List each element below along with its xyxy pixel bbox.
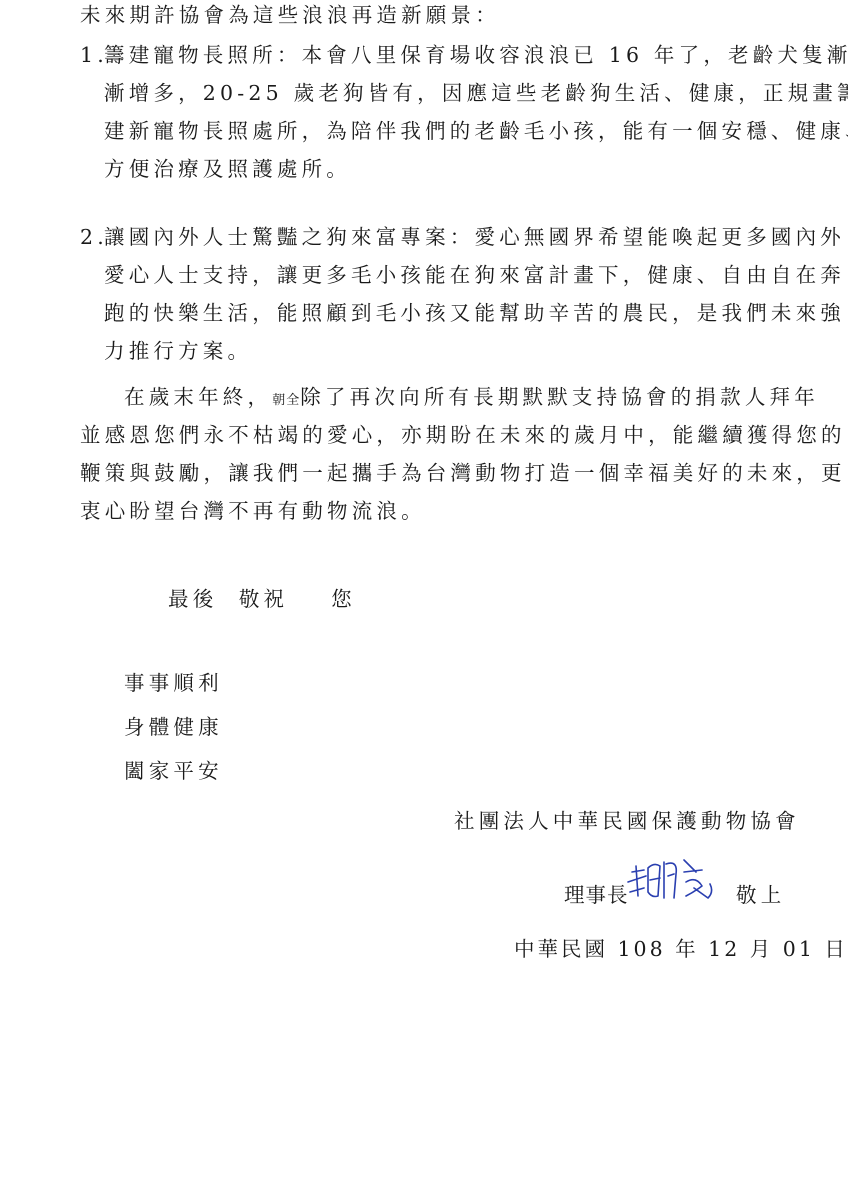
- item-2-line-3: 跑的快樂生活，能照顧到毛小孩又能幫助辛苦的農民，是我們未來強: [104, 298, 845, 328]
- wish-2: 身體健康: [124, 712, 223, 742]
- chairman-title: 理事長: [564, 880, 629, 910]
- closing-line-1-small: 朝全: [272, 393, 300, 408]
- intro-text: 未來期許協會為這些浪浪再造新願景：: [80, 0, 500, 30]
- handwritten-signature-icon: [624, 852, 724, 912]
- item-1-line-2: 漸增多，20-25 歲老狗皆有，因應這些老齡狗生活、健康，正規畫籌: [104, 78, 848, 108]
- wish-1: 事事順利: [124, 668, 223, 698]
- closing-line-1-post: 除了再次向所有長期默默支持協會的捐款人拜年: [300, 385, 819, 409]
- closing-line-2: 並感恩您們永不枯竭的愛心，亦期盼在未來的歲月中，能繼續獲得您的: [80, 420, 846, 450]
- closing-word: 敬上: [736, 880, 785, 910]
- item-1-line-4: 方便治療及照護處所。: [104, 154, 351, 184]
- item-2-line-2: 愛心人士支持，讓更多毛小孩能在狗來富計畫下，健康、自由自在奔: [104, 260, 845, 290]
- organization-name: 社團法人中華民國保護動物協會: [454, 806, 800, 836]
- item-1-line-3: 建新寵物長照處所，為陪伴我們的老齡毛小孩，能有一個安穩、健康、: [104, 116, 848, 146]
- date-line: 中華民國 108 年 12 月 01 日: [514, 934, 848, 964]
- closing-line-4: 衷心盼望台灣不再有動物流浪。: [80, 496, 426, 526]
- salutation: 最後 敬祝 您: [168, 584, 356, 614]
- closing-line-1: 在歲末年終，朝全除了再次向所有長期默默支持協會的捐款人拜年: [124, 382, 819, 416]
- closing-line-1-pre: 在歲末年終，: [124, 385, 272, 409]
- item-2-line-1: 讓國內外人士驚豔之狗來富專案：愛心無國界希望能喚起更多國內外: [104, 222, 845, 252]
- item-1-line-1: 籌建寵物長照所：本會八里保育場收容浪浪已 16 年了，老齡犬隻漸: [104, 40, 848, 70]
- closing-line-3: 鞭策與鼓勵，讓我們一起攜手為台灣動物打造一個幸福美好的未來，更: [80, 458, 846, 488]
- wish-3: 闔家平安: [124, 756, 223, 786]
- item-2-line-4: 力推行方案。: [104, 336, 252, 366]
